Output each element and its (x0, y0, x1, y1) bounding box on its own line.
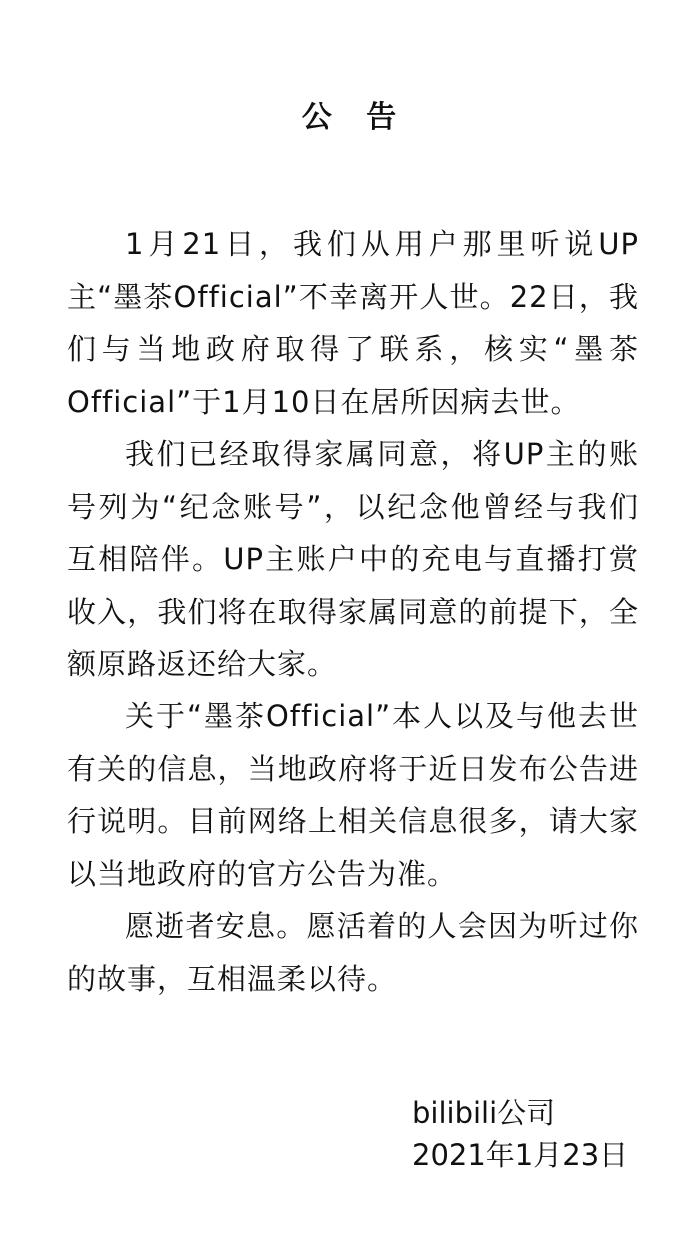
paragraph-2: 我们已经取得家属同意，将UP主的账号列为“纪念账号”，以纪念他曾经与我们互相陪伴… (67, 428, 639, 691)
paragraph-1: 1月21日，我们从用户那里听说UP主“墨茶Official”不幸离开人世。22日… (67, 218, 639, 428)
paragraph-4: 愿逝者安息。愿活着的人会因为听过你的故事，互相温柔以待。 (67, 900, 639, 1005)
signature-date: 2021年1月23日 (412, 1134, 628, 1176)
paragraph-3: 关于“墨茶Official”本人以及与他去世有关的信息，当地政府将于近日发布公告… (67, 690, 639, 900)
page-title: 公 告 (0, 92, 700, 136)
signature-company: bilibili公司 (412, 1092, 555, 1134)
